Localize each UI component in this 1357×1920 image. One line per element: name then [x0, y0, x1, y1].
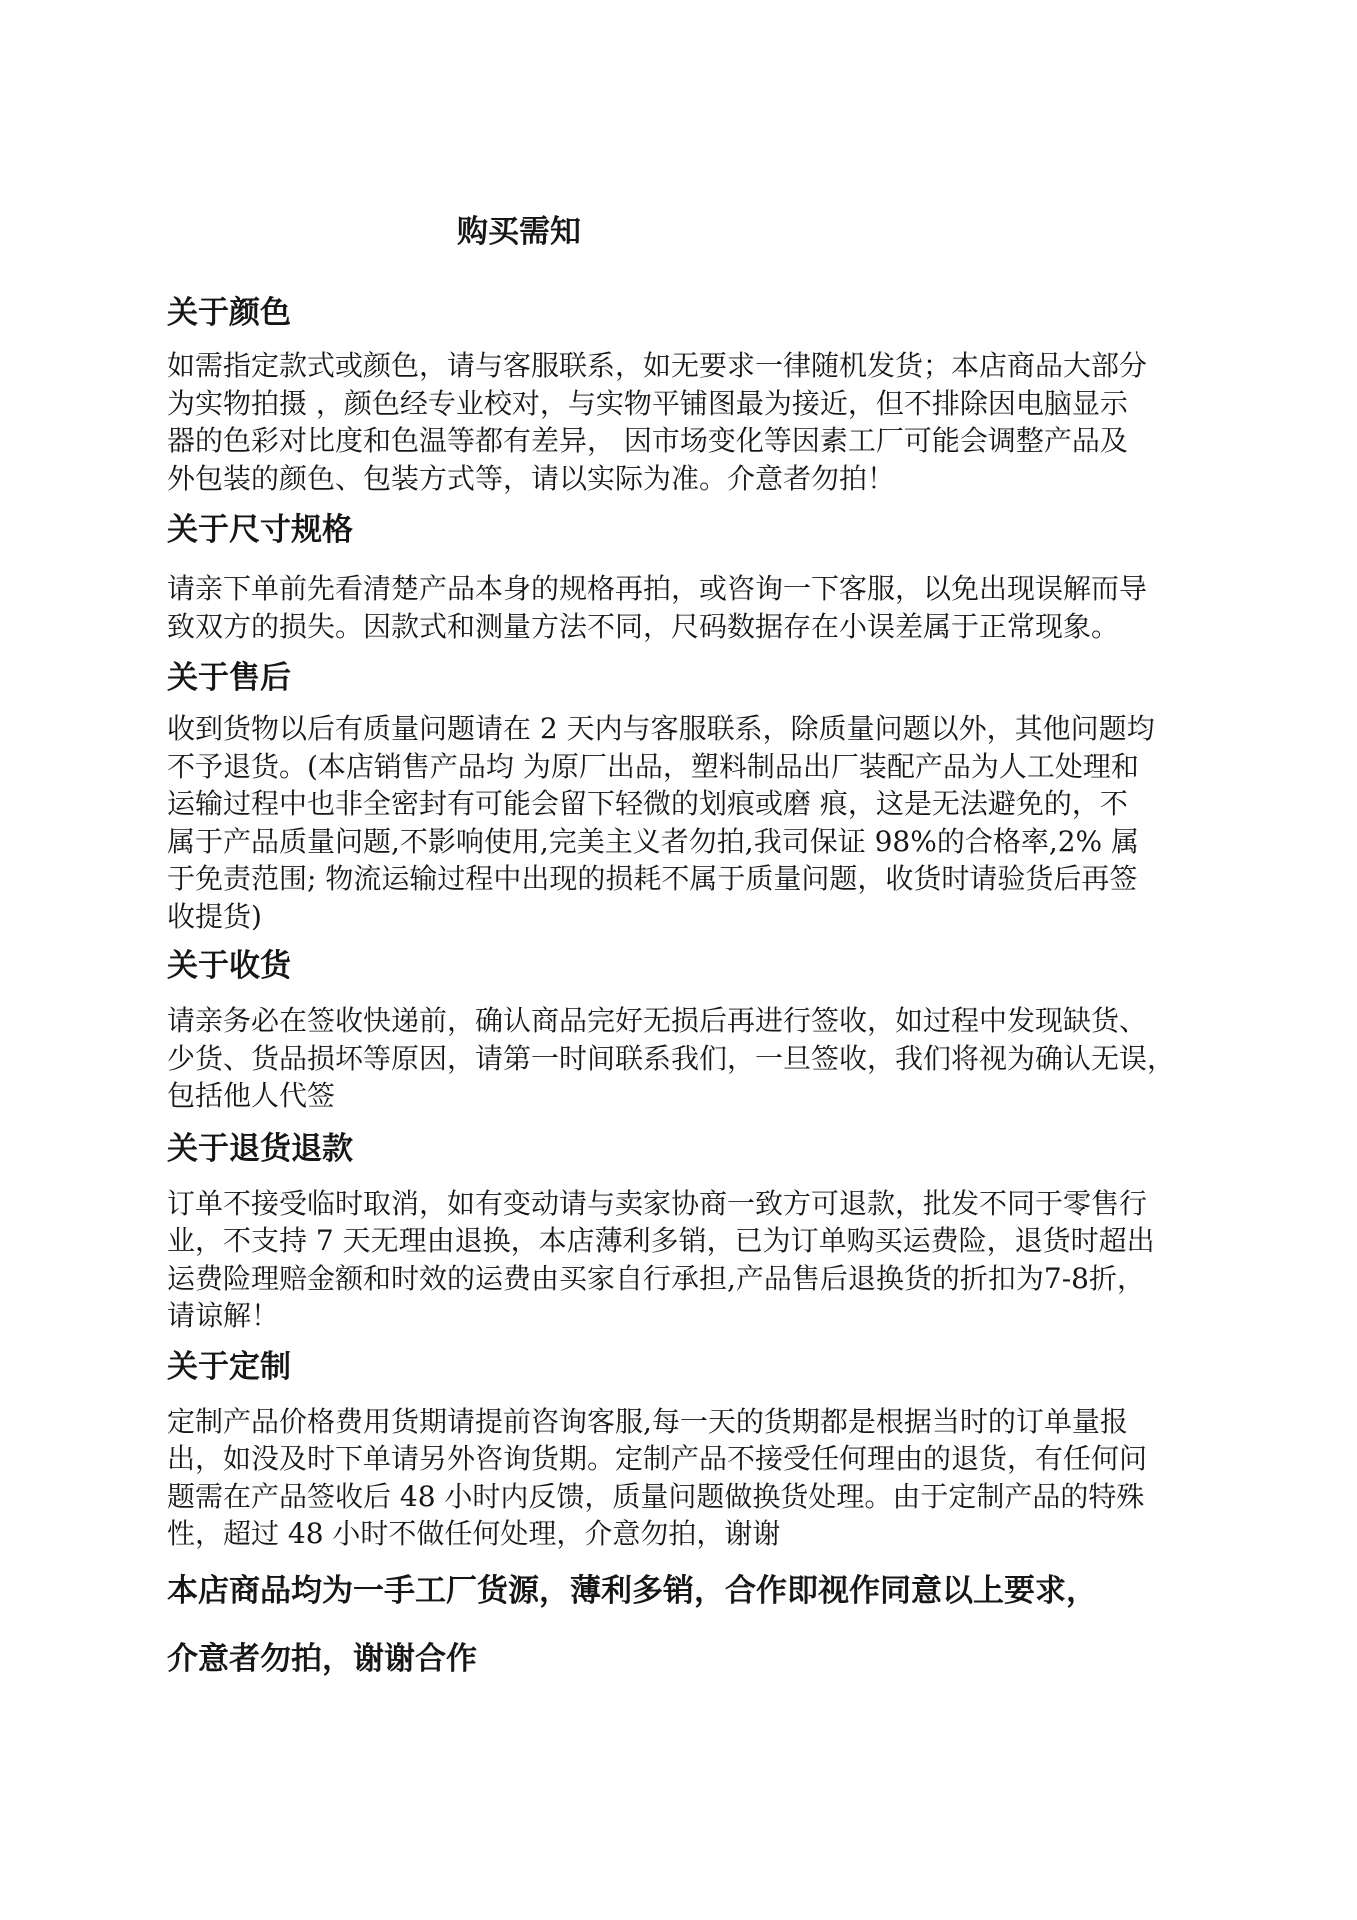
paragraph-line: 出，如没及时下单请另外咨询货期。定制产品不接受任何理由的退货，有任何问	[167, 1440, 1190, 1478]
paragraph-line: 请亲务必在签收快递前，确认商品完好无损后再进行签收，如过程中发现缺货、	[167, 1002, 1190, 1040]
paragraph-line: 收到货物以后有质量问题请在 2 天内与客服联系，除质量问题以外，其他问题均	[167, 710, 1190, 748]
paragraph-line: 属于产品质量问题,不影响使用,完美主义者勿拍,我司保证 98%的合格率,2% 属	[167, 823, 1190, 861]
paragraph-line: 定制产品价格费用货期请提前咨询客服,每一天的货期都是根据当时的订单量报	[167, 1403, 1190, 1441]
footer-statement-line2: 介意者勿拍，谢谢合作	[167, 1639, 1190, 1679]
section-after-sales: 关于售后 收到货物以后有质量问题请在 2 天内与客服联系，除质量问题以外，其他问…	[167, 660, 1190, 935]
paragraph-line: 运输过程中也非全密封有可能会留下轻微的划痕或磨 痕，这是无法避免的，不	[167, 785, 1190, 823]
paragraph-line: 业，不支持 7 天无理由退换，本店薄利多销，已为订单购买运费险，退货时超出	[167, 1222, 1190, 1260]
paragraph-line: 于免责范围; 物流运输过程中出现的损耗不属于质量问题，收货时请验货后再签	[167, 860, 1190, 898]
paragraph-line: 器的色彩对比度和色温等都有差异， 因市场变化等因素工厂可能会调整产品及	[167, 422, 1190, 460]
paragraph-line: 运费险理赔金额和时效的运费由买家自行承担,产品售后退换货的折扣为7-8折，	[167, 1260, 1190, 1298]
section-paragraph: 请亲务必在签收快递前，确认商品完好无损后再进行签收，如过程中发现缺货、 少货、货…	[167, 1002, 1190, 1115]
paragraph-line: 外包装的颜色、包装方式等，请以实际为准。介意者勿拍！	[167, 460, 1190, 498]
section-paragraph: 定制产品价格费用货期请提前咨询客服,每一天的货期都是根据当时的订单量报 出，如没…	[167, 1403, 1190, 1553]
section-heading: 关于退货退款	[167, 1131, 1190, 1167]
section-about-color: 关于颜色 如需指定款式或颜色，请与客服联系，如无要求一律随机发货；本店商品大部分…	[167, 295, 1190, 497]
section-paragraph: 订单不接受临时取消，如有变动请与卖家协商一致方可退款，批发不同于零售行 业，不支…	[167, 1185, 1190, 1335]
paragraph-line: 致双方的损失。因款式和测量方法不同，尺码数据存在小误差属于正常现象。	[167, 608, 1190, 646]
paragraph-line: 不予退货。(本店销售产品均 为原厂出品，塑料制品出厂装配产品为人工处理和	[167, 748, 1190, 786]
section-heading: 关于颜色	[167, 295, 1190, 331]
section-paragraph: 请亲下单前先看清楚产品本身的规格再拍，或咨询一下客服，以免出现误解而导 致双方的…	[167, 570, 1190, 645]
section-returns: 关于退货退款 订单不接受临时取消，如有变动请与卖家协商一致方可退款，批发不同于零…	[167, 1131, 1190, 1335]
paragraph-line: 请谅解！	[167, 1297, 1190, 1335]
section-paragraph: 收到货物以后有质量问题请在 2 天内与客服联系，除质量问题以外，其他问题均 不予…	[167, 710, 1190, 935]
section-customization: 关于定制 定制产品价格费用货期请提前咨询客服,每一天的货期都是根据当时的订单量报…	[167, 1349, 1190, 1553]
paragraph-line: 订单不接受临时取消，如有变动请与卖家协商一致方可退款，批发不同于零售行	[167, 1185, 1190, 1223]
paragraph-line: 少货、货品损坏等原因，请第一时间联系我们，一旦签收，我们将视为确认无误，	[167, 1040, 1190, 1078]
section-heading: 关于定制	[167, 1349, 1190, 1385]
document-content: 购买需知 关于颜色 如需指定款式或颜色，请与客服联系，如无要求一律随机发货；本店…	[167, 0, 1190, 1679]
paragraph-line: 性，超过 48 小时不做任何处理，介意勿拍，谢谢	[167, 1515, 1190, 1553]
section-heading: 关于尺寸规格	[167, 512, 1190, 548]
paragraph-line: 为实物拍摄 ，颜色经专业校对，与实物平铺图最为接近，但不排除因电脑显示	[167, 385, 1190, 423]
section-about-size: 关于尺寸规格 请亲下单前先看清楚产品本身的规格再拍，或咨询一下客服，以免出现误解…	[167, 512, 1190, 645]
section-paragraph: 如需指定款式或颜色，请与客服联系，如无要求一律随机发货；本店商品大部分 为实物拍…	[167, 347, 1190, 497]
document-title: 购买需知	[167, 212, 1190, 252]
paragraph-line: 题需在产品签收后 48 小时内反馈，质量问题做换货处理。由于定制产品的特殊	[167, 1478, 1190, 1516]
paragraph-line: 收提货)	[167, 898, 1190, 936]
document-page: 购买需知 关于颜色 如需指定款式或颜色，请与客服联系，如无要求一律随机发货；本店…	[0, 0, 1357, 1920]
paragraph-line: 包括他人代签	[167, 1077, 1190, 1115]
section-receiving: 关于收货 请亲务必在签收快递前，确认商品完好无损后再进行签收，如过程中发现缺货、…	[167, 948, 1190, 1115]
footer-statement-line1: 本店商品均为一手工厂货源，薄利多销，合作即视作同意以上要求，	[167, 1571, 1190, 1611]
paragraph-line: 如需指定款式或颜色，请与客服联系，如无要求一律随机发货；本店商品大部分	[167, 347, 1190, 385]
section-heading: 关于收货	[167, 948, 1190, 984]
section-heading: 关于售后	[167, 660, 1190, 696]
paragraph-line: 请亲下单前先看清楚产品本身的规格再拍，或咨询一下客服，以免出现误解而导	[167, 570, 1190, 608]
